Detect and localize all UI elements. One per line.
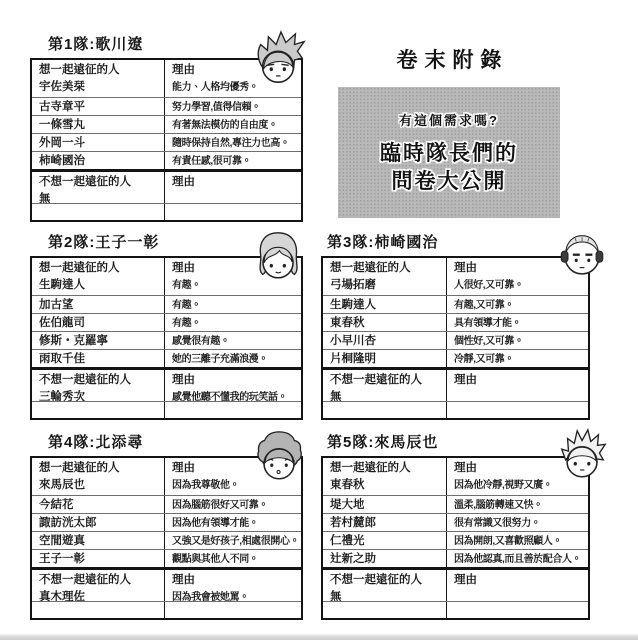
table-row: 不想一起遠征的人 無 理由 [323,367,588,401]
member-reason: 因為他有領導才能。 [172,514,299,531]
member-name: 外岡一斗 [39,134,161,151]
reason-column-header: 理由 [454,570,586,589]
member-name: 修斯・克羅寧 [39,332,161,349]
page-title: 卷末附錄 [338,44,560,74]
member-reason: 有著無法模仿的自由度。 [172,116,299,133]
member-name: 生駒達人 [330,296,443,313]
member-reason: 有責任感,很可靠。 [172,152,299,169]
want-column-header: 想一起遠征的人 [330,458,443,477]
member-name: 辻新之助 [330,550,443,567]
table-row: 不想一起遠征的人 無 理由 [32,169,301,203]
kakizaki-chibi-avatar-icon [554,226,612,284]
kitazoe-chibi-avatar-icon [251,428,309,486]
table-row: 不想一起遠征的人 無 理由 [323,567,588,601]
reason-column-header: 理由 [172,570,299,589]
member-name: 古寺章平 [39,98,161,115]
table-row: 仁禮光 因為開朗,又喜歡照顧人。 [323,531,588,549]
member-reason: 努力學習,值得信賴。 [172,98,299,115]
team-2-panel: 第2隊:王子一彰 想一起遠征的人 生駒達人 理由 有趣。 [30,234,303,420]
member-reason: 個性好,又可靠。 [454,332,586,349]
not-want-column-header: 不想一起遠征的人 [330,370,443,389]
table-row: 東春秋 具有領導才能。 [323,313,588,331]
member-reason: 很有常識又很努力。 [454,514,586,531]
not-want-column-header: 不想一起遠征的人 [39,172,161,191]
member-name: 一條雪丸 [39,116,161,133]
ouji-chibi-avatar-icon [251,228,309,286]
reason-column-header: 理由 [454,370,586,389]
member-name: 無 [330,389,443,401]
table-row: 想一起遠征的人 弓場拓磨 理由 人很好,又可靠。 [323,258,588,295]
member-name: 加古望 [39,296,161,313]
banner-tagline: 有這個需求嗎? [399,110,499,129]
member-name: 若村麓郎 [330,514,443,531]
member-name: 佐伯龍司 [39,314,161,331]
table-row: 諏訪洸太郎 因為他有領導才能。 [32,513,301,531]
table-row: 生駒達人 有趣,又可靠。 [323,295,588,313]
member-name: 仁禮光 [330,532,443,549]
member-name: 來馬辰也 [39,477,161,494]
table-row: 今結花 因為腦筋很好又可靠。 [32,495,301,513]
table-row-empty [32,203,301,220]
member-reason: 溫柔,腦筋轉速又快。 [454,496,586,513]
banner-title-line-1: 臨時隊長們的 [380,140,518,168]
table-row: 王子一彰 觀點與其他人不同。 [32,549,301,567]
not-want-column-header: 不想一起遠征的人 [39,370,161,389]
table-row-empty [323,601,588,618]
member-name: 諏訪洸太郎 [39,514,161,531]
member-name: 小早川杏 [330,332,443,349]
member-reason: 隨時保持自然,專注力也高。 [172,134,299,151]
member-name: 宇佐美栞 [39,79,161,96]
banner-box: 有這個需求嗎? 臨時隊長們的 問卷大公開 [338,87,560,218]
want-column-header: 想一起遠征的人 [39,60,161,79]
kuruma-chibi-avatar-icon [554,426,612,484]
member-name: 空閒遊真 [39,532,161,549]
table-row: 古寺章平 努力學習,值得信賴。 [32,97,301,115]
member-reason: 有趣。 [172,296,299,313]
table-row: 加古望 有趣。 [32,295,301,313]
team-3-survey-table: 想一起遠征的人 弓場拓磨 理由 人很好,又可靠。 生駒達人 有趣,又可靠。 東春… [321,256,590,420]
table-row: 不想一起遠征的人 三輪秀次 理由 感覺他聽不懂我的玩笑話。 [32,367,301,401]
team-4-panel: 第4隊:北添尋 想一起遠征的人 來馬辰也 理由 因 [30,434,303,620]
reason-column-header: 理由 [172,370,299,389]
member-reason: 因為開朗,又喜歡照顧人。 [454,532,586,549]
member-name: 無 [330,589,443,601]
member-name: 弓場拓磨 [330,277,443,294]
member-name: 雨取千佳 [39,350,161,367]
team-5-title: 第5隊:來馬辰也 [327,434,590,451]
reason-column-header: 理由 [172,172,299,191]
team-3-panel: 第3隊:柿崎國治 想一起遠征的人 弓場拓磨 [321,234,590,420]
member-reason: 又強又是好孩子,相處很開心。 [172,532,299,549]
table-row: 佐伯龍司 有趣。 [32,313,301,331]
member-reason: 冷靜,又可靠。 [454,350,586,367]
member-reason: 有趣。 [172,314,299,331]
team-5-survey-table: 想一起遠征的人 東春秋 理由 因為他冷靜,視野又廣。 堤大地 溫柔,腦筋轉速又快… [321,456,590,620]
member-name: 片桐隆明 [330,350,443,367]
table-row: 空閒遊真 又強又是好孩子,相處很開心。 [32,531,301,549]
member-reason: 她的三離子充滿浪漫。 [172,350,299,367]
member-reason: 感覺很有趣。 [172,332,299,349]
table-row: 堤大地 溫柔,腦筋轉速又快。 [323,495,588,513]
member-reason: 因為他認真,而且善於配合人。 [454,550,586,567]
table-row-empty [32,401,301,418]
member-name: 王子一彰 [39,550,161,567]
table-row: 修斯・克羅寧 感覺很有趣。 [32,331,301,349]
member-name: 無 [39,191,161,203]
table-row: 不想一起遠征的人 真木理佐 理由 因為我會被她罵。 [32,567,301,601]
member-reason: 因為我會被她罵。 [172,589,299,601]
team-3-title: 第3隊:柿崎國治 [327,234,590,251]
member-name: 東春秋 [330,314,443,331]
table-row: 想一起遠征的人 東春秋 理由 因為他冷靜,視野又廣。 [323,458,588,495]
table-row-empty [323,401,588,418]
not-want-column-header: 不想一起遠征的人 [39,570,161,589]
member-name: 東春秋 [330,477,443,494]
member-name: 生駒達人 [39,277,161,294]
table-row: 辻新之助 因為他認真,而且善於配合人。 [323,549,588,567]
team-5-panel: 第5隊:來馬辰也 想一起遠征的人 東春秋 理由 因為他冷靜,視野又廣。 [321,434,590,620]
table-row: 若村麓郎 很有常識又很努力。 [323,513,588,531]
utagawa-chibi-avatar-icon [251,30,309,88]
appendix-page: 卷末附錄 有這個需求嗎? 臨時隊長們的 問卷大公開 第1隊:歌川遼 想一起遠征的… [0,0,638,640]
want-column-header: 想一起遠征的人 [330,258,443,277]
member-reason: 因為腦筋很好又可靠。 [172,496,299,513]
banner-title-line-2: 問卷大公開 [392,168,507,196]
table-row: 一條雪丸 有著無法模仿的自由度。 [32,115,301,133]
page-bottom-scan-band [0,633,638,640]
not-want-column-header: 不想一起遠征的人 [330,570,443,589]
member-name: 今結花 [39,496,161,513]
table-row: 外岡一斗 隨時保持自然,專注力也高。 [32,133,301,151]
member-reason: 感覺他聽不懂我的玩笑話。 [172,389,299,401]
member-name: 三輪秀次 [39,389,161,401]
member-name: 柿崎國治 [39,152,161,169]
member-name: 堤大地 [330,496,443,513]
member-reason: 有趣,又可靠。 [454,296,586,313]
team-1-panel: 第1隊:歌川遼 想一起遠征的人 宇佐美栞 理由 能 [30,36,303,222]
member-name: 真木理佐 [39,589,161,601]
want-column-header: 想一起遠征的人 [39,258,161,277]
want-column-header: 想一起遠征的人 [39,458,161,477]
table-row: 片桐隆明 冷靜,又可靠。 [323,349,588,367]
table-row: 雨取千佳 她的三離子充滿浪漫。 [32,349,301,367]
table-row: 小早川杏 個性好,又可靠。 [323,331,588,349]
table-row-empty [32,601,301,618]
member-reason: 具有領導才能。 [454,314,586,331]
table-row: 柿崎國治 有責任感,很可靠。 [32,151,301,169]
member-reason: 觀點與其他人不同。 [172,550,299,567]
